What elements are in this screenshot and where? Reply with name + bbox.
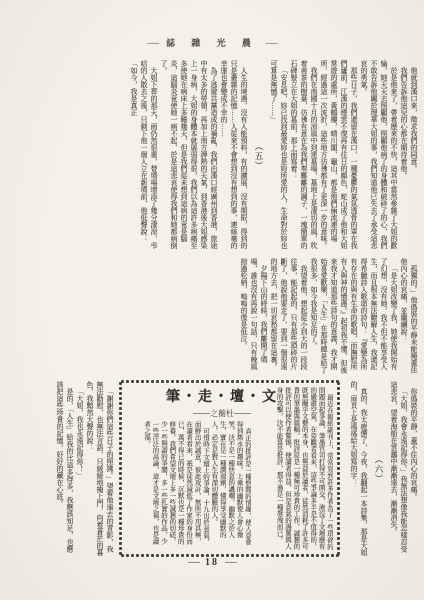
article-paragraph: 「是大姐改變了我，她使我開始有了幻想，沒有她，我不但不能享受人生，而且根本無法瞭…: [309, 258, 399, 376]
article-paragraph: 我們在南國十月的涼風中到達墓場，墓地上是淒切的風，吹着甫茶的樹葉，彷彿有意在為我…: [289, 60, 319, 252]
masthead-rule-right: ──: [266, 38, 277, 48]
article-paragraph: 「安息吧，妳已找到最愛妳也是妳所愛的人，生命對於妳也可算是無憾了……」: [269, 60, 289, 252]
article-paragraph: 孤獨的。」他僞裝的平靜未能掩蓋住他內心的哀痛，並繼續說：: [399, 258, 419, 376]
memoir-article-bottom-left-column: 「謝謝你們這些日子的照拂。」望着他遠去的背影，我無法勸慰，也無法言語，只緩緩地掩…: [24, 381, 115, 557]
article-paragraph: 「謝謝你們這些日子的照拂。」望着他遠去的背影，我無法勸慰，也無法言語，只緩緩地掩…: [85, 381, 115, 557]
article-paragraph: 於是他來了，帶着歷來的不快，這其中當然參雜了大姐的歡愉，她天天去照顧他，照顧他病…: [359, 60, 399, 252]
article-paragraph: 我望着他，想起從小到大的一段段往事，能記起的，只有那些瑣碎的片斷了，他說他要走了…: [269, 258, 309, 376]
article-paragraph: 「大姐，我也永遠記得你！」: [75, 381, 85, 557]
article-paragraph: 那些日子，我們還留在漢口，一種憂鬱的氣氛透骨的罩在我們廬前，江漢的煙雲不復再有往…: [319, 60, 359, 252]
box-border-top: [120, 379, 339, 384]
page-number-rule-right: ──: [225, 557, 236, 567]
page-number: 18: [205, 557, 219, 568]
page-number-rule-left: ──: [188, 557, 199, 567]
feature-body-right-columns: 最近在報紙副刊上，常常見到許多作者為了一些瑣碎的問題而起爭論，筆墨官司打得不可開…: [257, 387, 333, 550]
magazine-page-scan: ──誌 雜 光 晨── 他就到漢口來，徵求我們的同意。我們告訴他這兒的心都在期待…: [0, 0, 424, 600]
article-paragraph: 人生的境遇，沒有人能預料，有的擴展，沒有期限，得到的只是叢雜的記憶……人從來不會…: [219, 60, 249, 252]
article-paragraph: 真正的批評是一種悠閒的情趣，使人意會得到雋永的趣味，上乘的幽默使人會心微笑，決不…: [209, 421, 251, 550]
section-number-marker: （六）: [374, 381, 384, 557]
memoir-article-bottom-right-column: 你僞裝的平靜，蓋不住內心的哀痛。「大姐，我會永遠記得你。」我無法想像我能怎樣忍受…: [345, 381, 419, 557]
feature-body-main-columns: 真正的批評是一種悠閒的情趣，使人意會得到雋永的趣味，上乘的幽默使人會心微笑，決不…: [126, 421, 251, 550]
article-paragraph: 最近在報紙副刊上，常常見到許多作者為了一些瑣碎的問題而起爭論，筆墨官司打得不可開…: [274, 387, 333, 550]
page-number-line: ──18──: [0, 557, 424, 568]
article-paragraph: 我們告訴他這兒的心都在期待着他。: [399, 60, 409, 252]
boxed-feature-article: 筆・走・壇・文 ───之蘅杜─── 最近在報紙副刊上，常常見到許多作者為了一些瑣…: [118, 379, 341, 558]
masthead-title: 誌 雜 光 晨: [166, 38, 258, 48]
article-paragraph: 可惜時下文壇上的爭論，十九出於意氣，而鮮出於誠意，彼此攻訐，無所不用其極，在讀者…: [142, 421, 209, 550]
article-paragraph: 是的，「人生」給我的比這多得多，我應該知足，也應該把這些珍貴的記憶，好好的藏在心…: [55, 381, 75, 557]
article-paragraph: 他就到漢口來，徵求我們的同意。: [409, 60, 419, 252]
memoir-article-upper-band: 他就到漢口來，徵求我們的同意。我們告訴他這兒的心都在期待着他。於是他來了，帶着歷…: [24, 60, 419, 252]
box-border-right: [336, 381, 341, 556]
article-paragraph: 大姐下葬的那天，雨仍然很重，替墳場增添了幾分淒涼，弔唁的人散去之後，只剩下他一個…: [129, 60, 159, 252]
section-number-marker: （五）: [254, 60, 264, 252]
masthead: ──誌 雜 光 晨──: [0, 36, 424, 49]
article-paragraph: 為了逃避共黨造成的禍亂，我們由漢口經廣州到香港，旅途中有太多的勞頓，再加上南方溽…: [159, 60, 219, 252]
masthead-rule-left: ──: [147, 38, 158, 48]
article-paragraph: 你僞裝的平靜，蓋不住內心的哀痛。: [409, 381, 419, 557]
box-border-left: [118, 381, 123, 556]
memoir-article-middle-band: 孤獨的。」他僞裝的平靜未能掩蓋住他內心的哀痛，並繼續說：「是大姐改變了我，她使我…: [24, 258, 419, 376]
article-paragraph: 真的，我太疲憊了，今夜，我翻起一本詩集，那是大姐的，扉頁上是瑤瑤給大姐寫的字：: [349, 381, 369, 557]
article-paragraph: 「大姐，我會永遠記得你。」我無法想像我能怎樣忍受這悲哀，望着海船在雲靄中漸漸遠去…: [389, 381, 409, 557]
article-paragraph: 夕陽下山的時候，我們離開了墳場，誰也沒有再說一句話，只有晚風掠過松梢，嗚嗚的像是…: [239, 258, 269, 376]
